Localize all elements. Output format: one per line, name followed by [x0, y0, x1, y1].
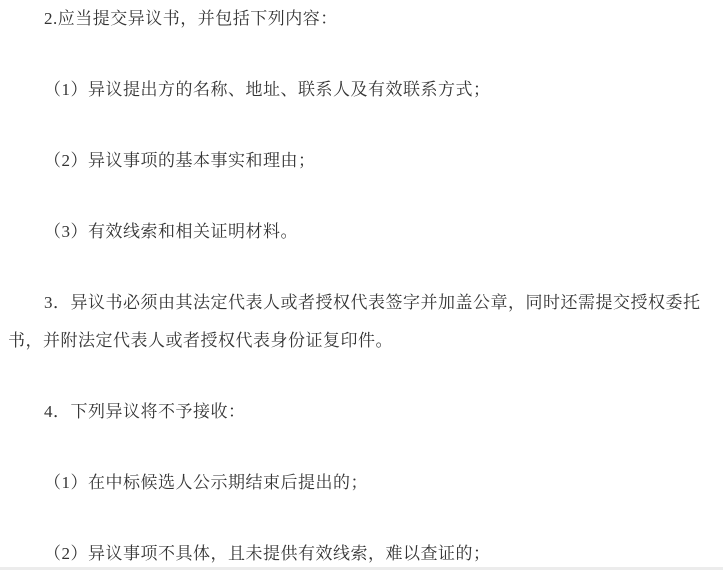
paragraph-subitem-3: （3）有效线索和相关证明材料。 [8, 213, 713, 251]
paragraph-subitem-4-2: （2）异议事项不具体，且未提供有效线索，难以查证的； [8, 535, 713, 570]
paragraph-subitem-2: （2）异议事项的基本事实和理由； [8, 142, 713, 180]
paragraph-item-2: 2.应当提交异议书，并包括下列内容： [8, 0, 713, 38]
document-page: 2.应当提交异议书，并包括下列内容： （1）异议提出方的名称、地址、联系人及有效… [0, 0, 723, 570]
paragraph-item-3: 3．异议书必须由其法定代表人或者授权代表签字并加盖公章，同时还需提交授权委托 书… [8, 284, 713, 360]
paragraph-subitem-4-1: （1）在中标候选人公示期结束后提出的； [8, 464, 713, 502]
paragraph-item-4: 4．下列异议将不予接收： [8, 393, 713, 431]
document-body: 2.应当提交异议书，并包括下列内容： （1）异议提出方的名称、地址、联系人及有效… [8, 0, 713, 570]
paragraph-subitem-1: （1）异议提出方的名称、地址、联系人及有效联系方式； [8, 71, 713, 109]
